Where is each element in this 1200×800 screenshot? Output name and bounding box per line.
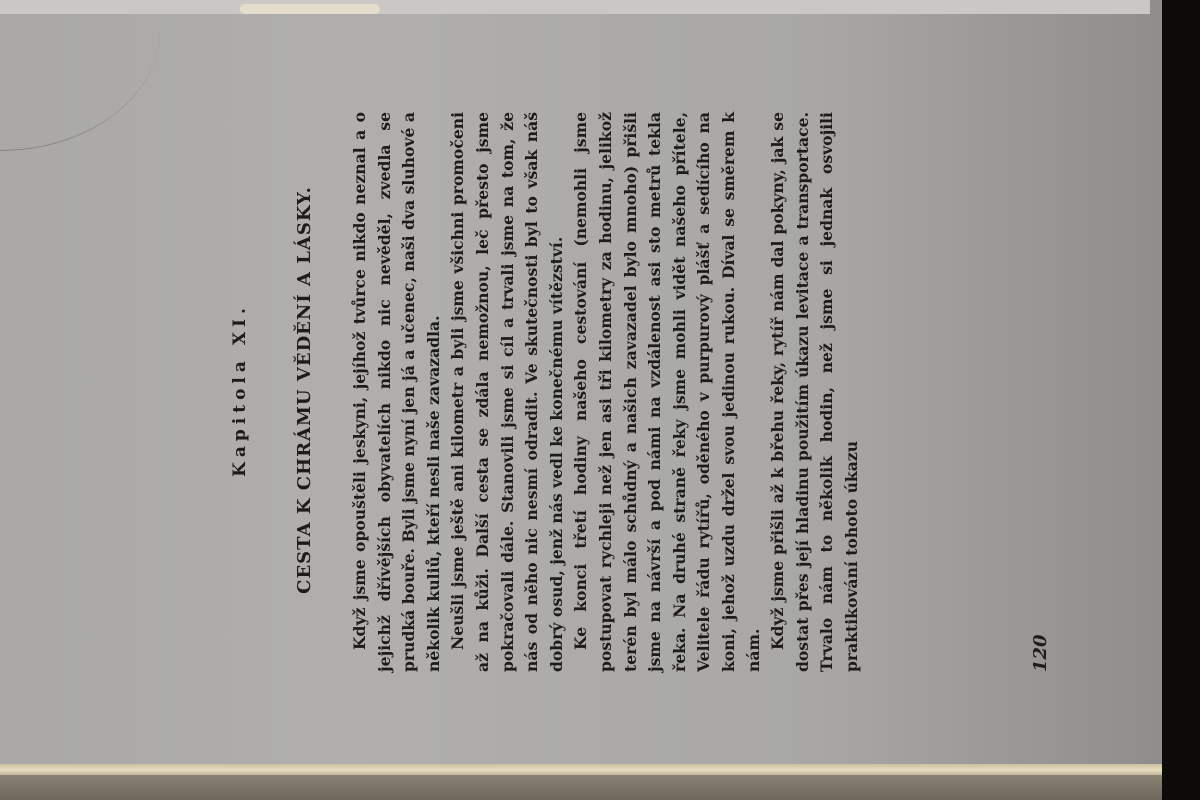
previous-page-edge xyxy=(0,0,1150,14)
chapter-heading: Kapitola XI. xyxy=(230,80,250,700)
paragraph: Ke konci třetí hodiny našeho cestování (… xyxy=(569,112,766,672)
chapter-title: CESTA K CHRÁMU VĚDĚNÍ A LÁSKY. xyxy=(294,80,315,700)
paragraph: Když jsme přišli až k břehu řeky, rytíř … xyxy=(766,112,864,672)
paper-crease xyxy=(0,30,160,151)
body-text: Když jsme opouštěli jeskyni, jejíhož tvů… xyxy=(348,112,864,672)
page-number: 120 xyxy=(1030,634,1051,672)
rotated-page-content: Kapitola XI. CESTA K CHRÁMU VĚDĚNÍ A LÁS… xyxy=(230,80,1090,700)
page-edge-highlight xyxy=(240,4,380,14)
paragraph: Když jsme opouštěli jeskyni, jejíhož tvů… xyxy=(348,112,446,672)
paragraph: Neušli jsme ještě ani kilometr a byli js… xyxy=(446,112,569,672)
dark-background xyxy=(1162,0,1200,800)
book-cover-edge xyxy=(0,775,1200,800)
